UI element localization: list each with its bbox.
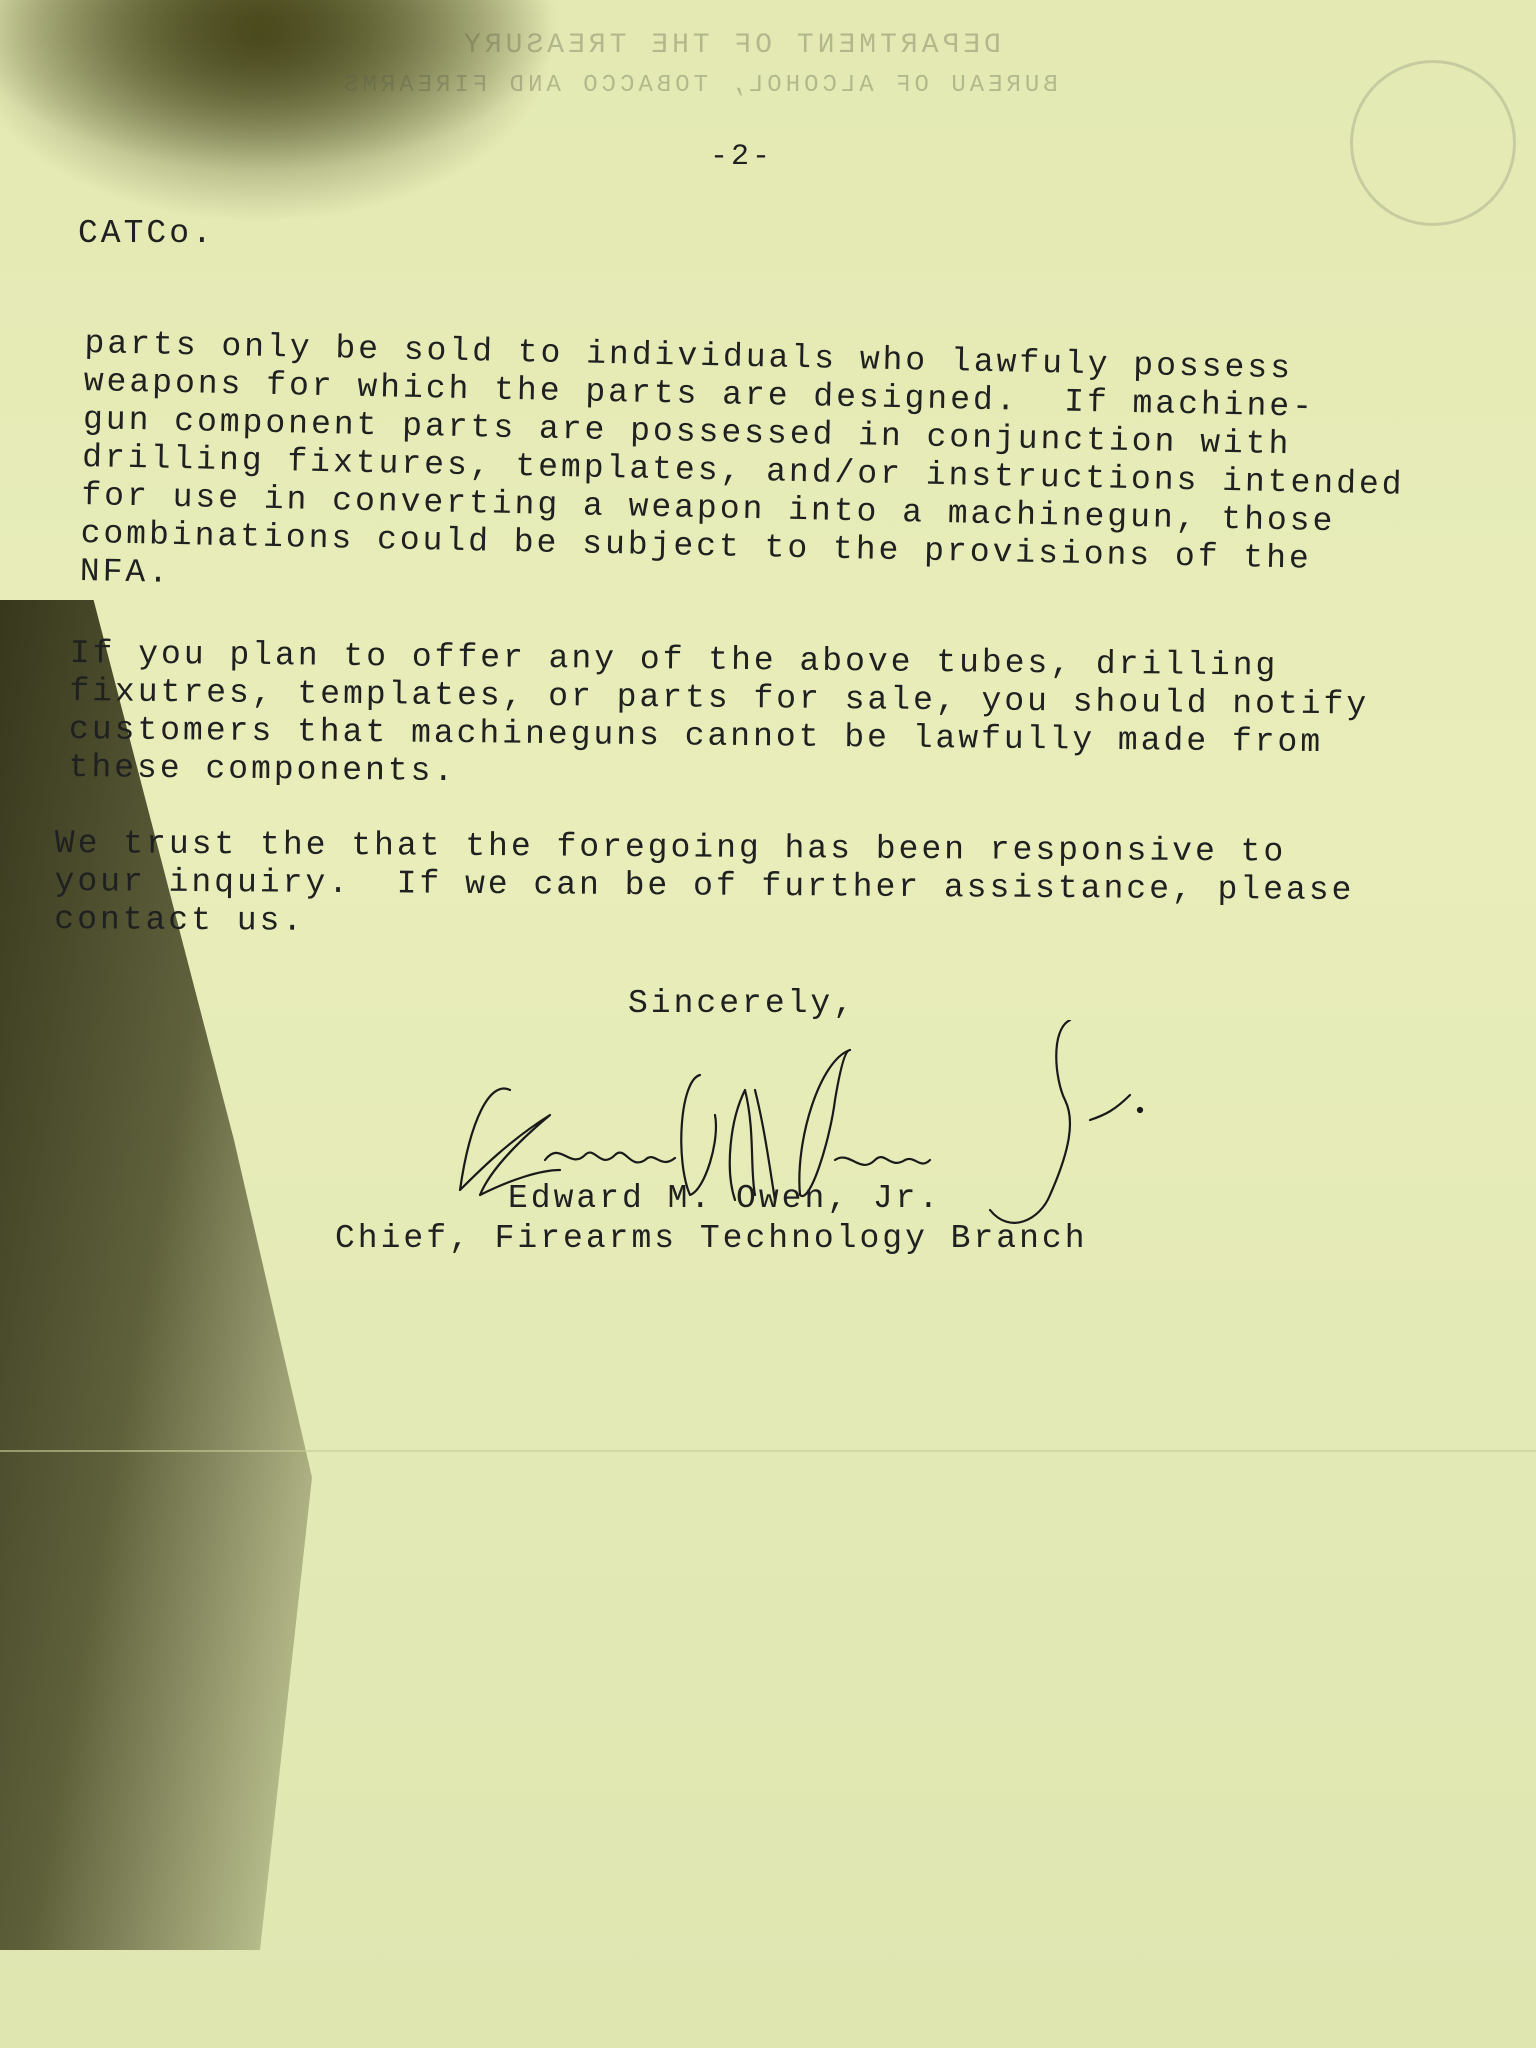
addressee: CATCo. — [78, 215, 215, 252]
seal-icon — [1350, 60, 1516, 226]
page-number: -2- — [710, 140, 773, 174]
body-paragraph-2: If you plan to offer any of the above tu… — [68, 635, 1369, 801]
body-paragraph-1: parts only be sold to individuals who la… — [79, 325, 1407, 619]
body-paragraph-3: We trust the that the foregoing has been… — [54, 825, 1355, 948]
paper-fold-crease — [0, 1450, 1536, 1452]
letterhead-bleedthrough-line-1: DEPARTMENT OF THE TREASURY — [460, 30, 1001, 61]
signer-name: Edward M. Owen, Jr. — [508, 1180, 941, 1217]
signer-title: Chief, Firearms Technology Branch — [335, 1220, 1088, 1257]
letterhead-bleedthrough-line-2: BUREAU OF ALCOHOL, TOBACCO AND FIREARMS — [340, 72, 1058, 99]
closing: Sincerely, — [628, 985, 856, 1022]
